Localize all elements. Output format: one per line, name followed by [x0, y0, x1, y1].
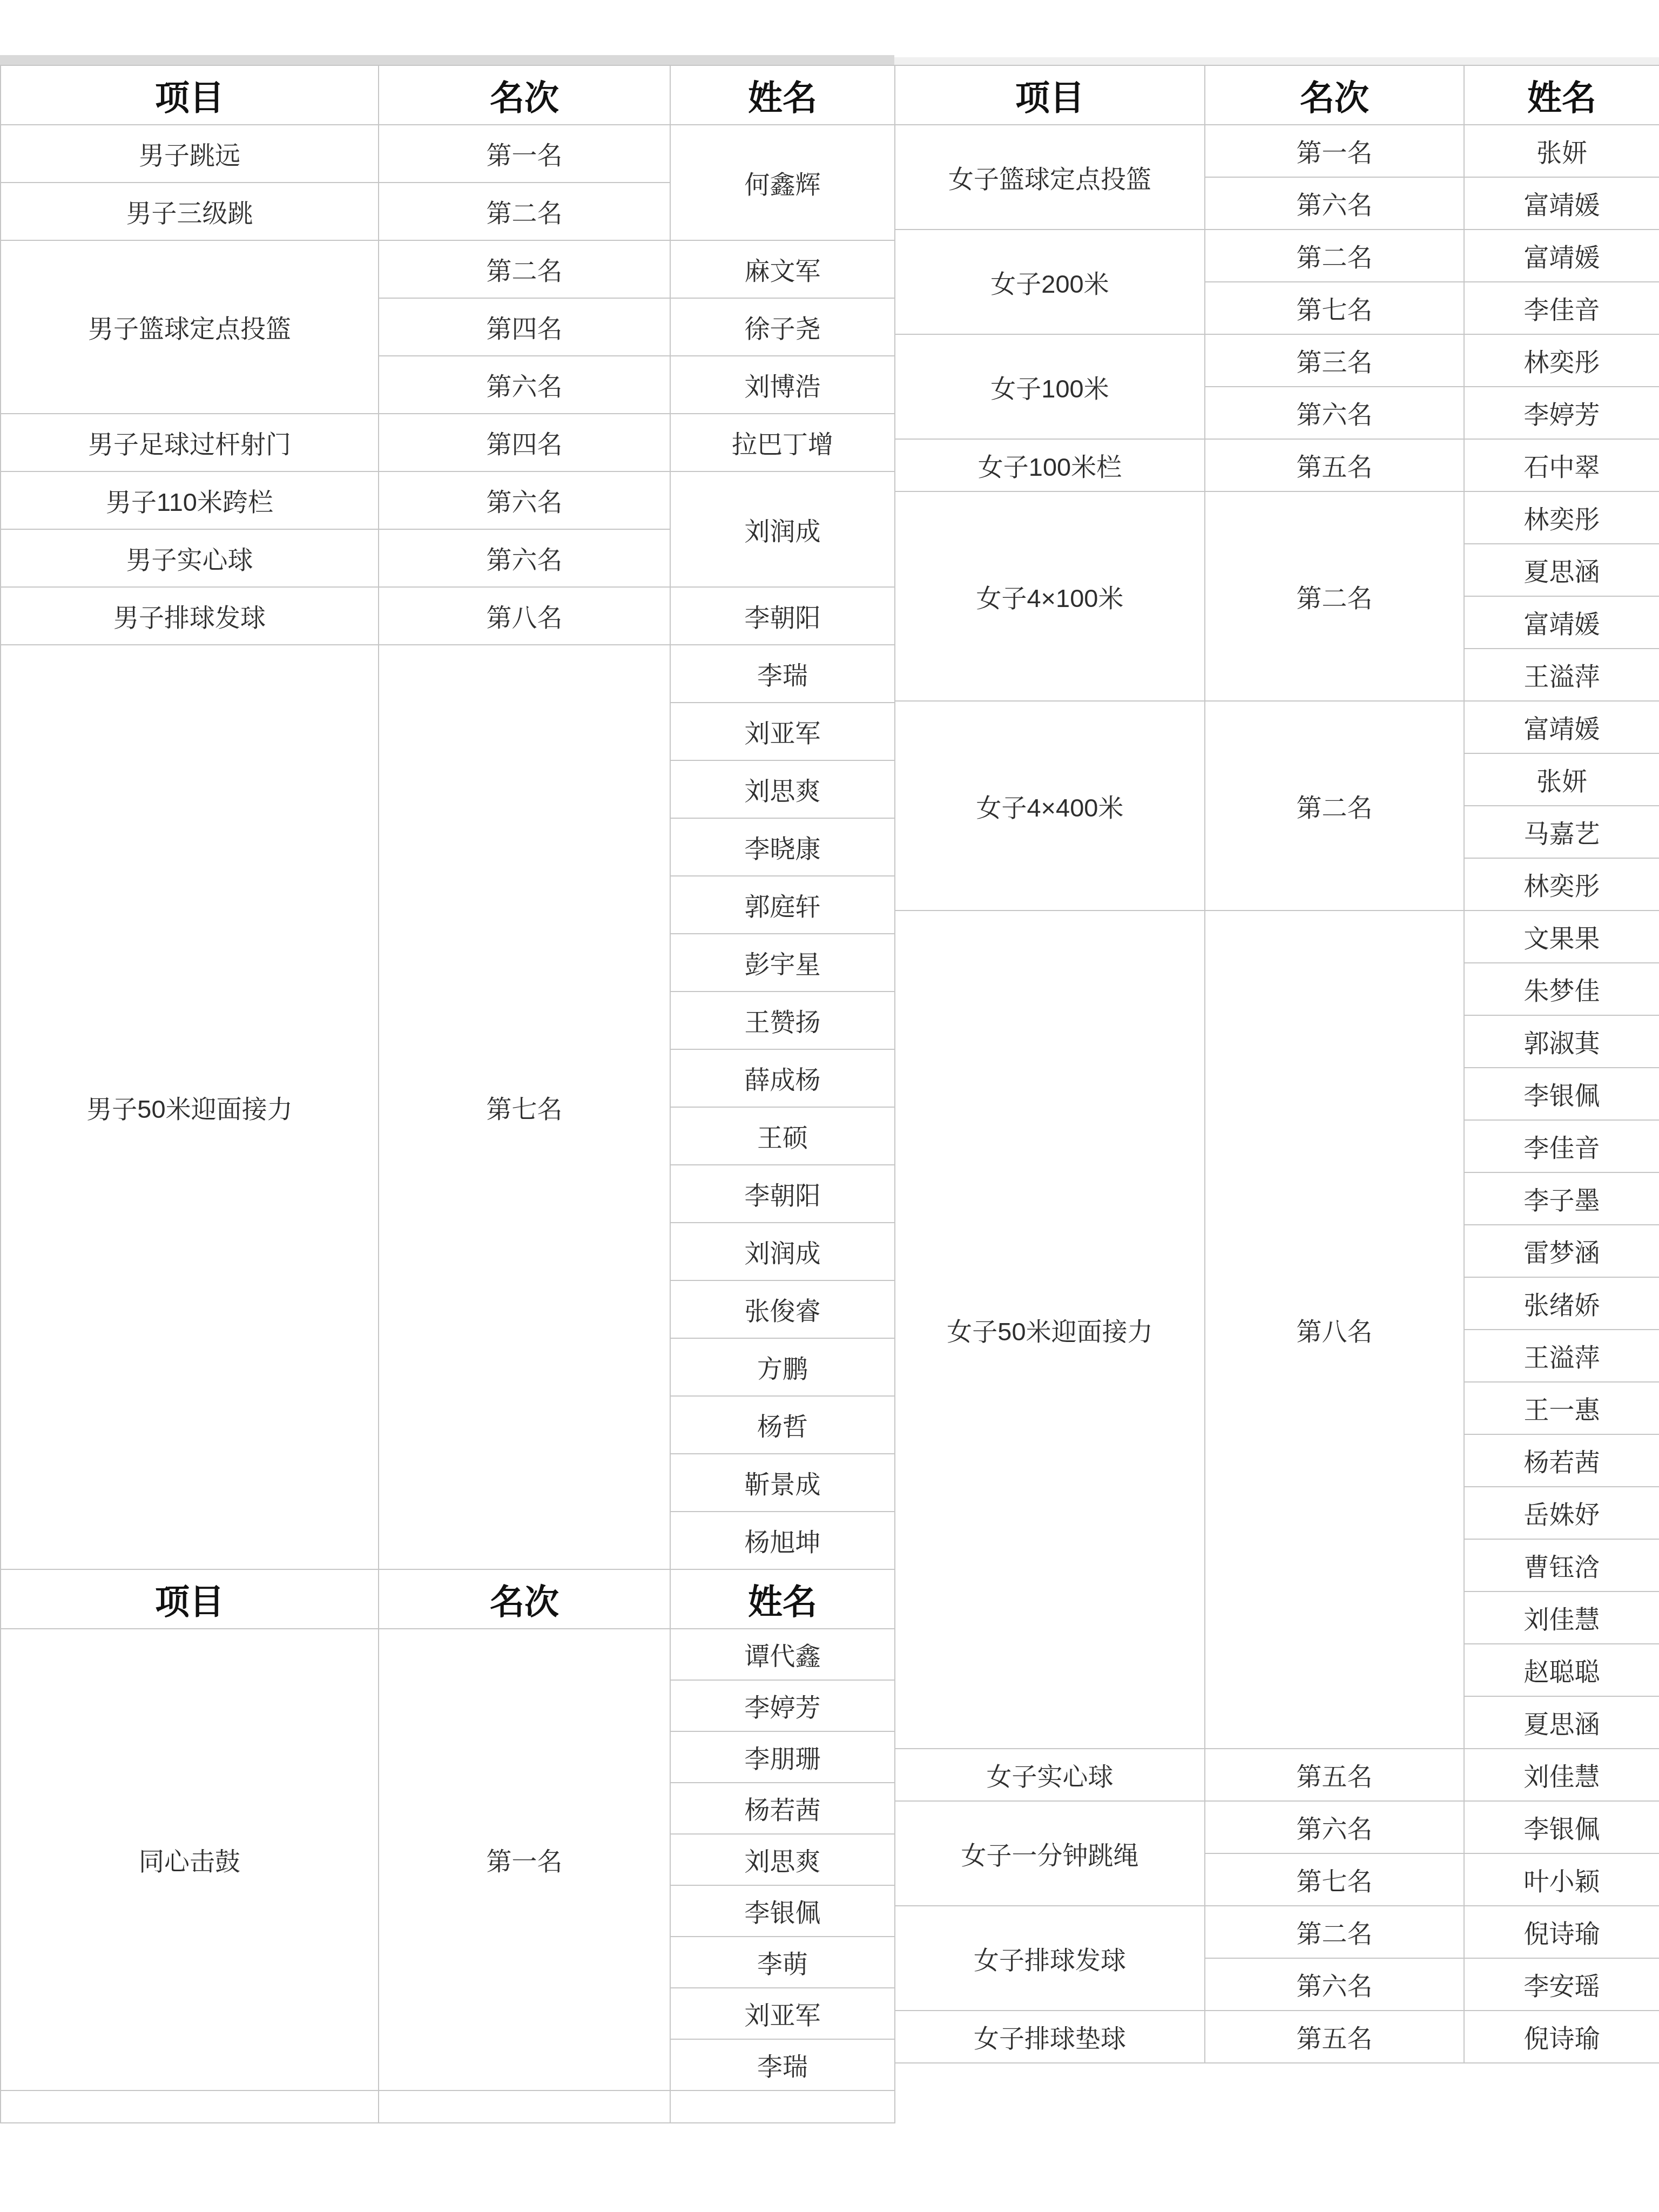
name-cell: 马嘉艺	[1464, 806, 1659, 858]
name-cell: 李银佩	[1464, 1801, 1659, 1853]
name-cell: 李银佩	[1464, 1068, 1659, 1120]
name-cell: 夏思涵	[1464, 544, 1659, 596]
name-cell: 李银佩	[670, 1885, 895, 1937]
name-cell: 杨若茜	[670, 1783, 895, 1834]
name-cell: 王溢萍	[1464, 1330, 1659, 1382]
name-cell: 王硕	[670, 1107, 895, 1165]
rank-cell: 第二名	[1205, 1906, 1464, 1958]
header-cell-rank: 名次	[379, 65, 670, 125]
event-cell: 女子实心球	[895, 1749, 1205, 1801]
name-cell: 李佳音	[1464, 282, 1659, 334]
name-cell: 刘思爽	[670, 760, 895, 818]
rank-cell: 第八名	[1205, 911, 1464, 1749]
empty-cell	[379, 2090, 670, 2123]
rank-cell: 第四名	[379, 298, 670, 356]
rank-cell: 第一名	[379, 125, 670, 183]
rank-cell: 第三名	[1205, 334, 1464, 387]
rank-cell: 第二名	[1205, 701, 1464, 911]
empty-cell	[1, 2090, 379, 2123]
header-cell-name: 姓名	[1464, 65, 1659, 125]
header-cell-name: 姓名	[670, 1569, 895, 1629]
event-cell: 女子篮球定点投篮	[895, 125, 1205, 230]
rank-cell: 第二名	[1205, 491, 1464, 701]
rank-cell: 第八名	[379, 587, 670, 645]
name-cell: 石中翠	[1464, 439, 1659, 491]
name-cell: 李瑞	[670, 645, 895, 703]
name-cell: 刘博浩	[670, 356, 895, 414]
rank-cell: 第六名	[379, 529, 670, 587]
header-cell-event: 项目	[1, 1569, 379, 1629]
name-cell: 郭淑萁	[1464, 1015, 1659, 1068]
header-cell-event: 项目	[895, 65, 1205, 125]
name-cell: 刘亚军	[670, 703, 895, 760]
rank-cell: 第一名	[1205, 125, 1464, 177]
name-cell: 夏思涵	[1464, 1696, 1659, 1749]
name-cell: 朱梦佳	[1464, 963, 1659, 1015]
name-cell: 林奕彤	[1464, 491, 1659, 544]
name-cell: 李佳音	[1464, 1120, 1659, 1172]
event-cell: 女子50米迎面接力	[895, 911, 1205, 1749]
rank-cell: 第六名	[1205, 387, 1464, 439]
name-cell: 富靖媛	[1464, 596, 1659, 649]
header-cell-event: 项目	[1, 65, 379, 125]
rank-cell: 第七名	[1205, 1853, 1464, 1906]
rank-cell: 第七名	[379, 645, 670, 1569]
name-cell: 刘思爽	[670, 1834, 895, 1885]
event-cell: 男子篮球定点投篮	[1, 240, 379, 414]
name-cell: 倪诗瑜	[1464, 2011, 1659, 2063]
name-cell: 倪诗瑜	[1464, 1906, 1659, 1958]
name-cell: 林奕彤	[1464, 334, 1659, 387]
name-cell: 李朝阳	[670, 587, 895, 645]
event-cell: 男子50米迎面接力	[1, 645, 379, 1569]
rank-cell: 第五名	[1205, 439, 1464, 491]
name-cell: 李婷芳	[670, 1680, 895, 1731]
name-cell: 李朋珊	[670, 1731, 895, 1783]
event-cell: 女子100米	[895, 334, 1205, 439]
event-cell: 女子一分钟跳绳	[895, 1801, 1205, 1906]
name-cell: 何鑫辉	[670, 125, 895, 240]
men-results-table: 项目名次姓名 男子跳远第一名何鑫辉 男子三级跳第二名 男子篮球定点投篮第二名麻文…	[0, 65, 895, 2123]
name-cell: 刘佳慧	[1464, 1749, 1659, 1801]
name-cell: 曹钰浛	[1464, 1539, 1659, 1591]
name-cell: 谭代鑫	[670, 1629, 895, 1680]
name-cell: 雷梦涵	[1464, 1225, 1659, 1277]
name-cell: 张妍	[1464, 125, 1659, 177]
name-cell: 徐子尧	[670, 298, 895, 356]
event-cell: 男子三级跳	[1, 183, 379, 240]
name-cell: 富靖媛	[1464, 230, 1659, 282]
rank-cell: 第五名	[1205, 2011, 1464, 2063]
rank-cell: 第二名	[379, 240, 670, 298]
name-cell: 李婷芳	[1464, 387, 1659, 439]
event-cell: 女子4×100米	[895, 491, 1205, 701]
name-cell: 麻文军	[670, 240, 895, 298]
name-cell: 王溢萍	[1464, 649, 1659, 701]
name-cell: 张绪娇	[1464, 1277, 1659, 1330]
name-cell: 郭庭轩	[670, 876, 895, 934]
name-cell: 叶小颖	[1464, 1853, 1659, 1906]
header-cell-rank: 名次	[379, 1569, 670, 1629]
name-cell: 彭宇星	[670, 934, 895, 992]
name-cell: 李子墨	[1464, 1172, 1659, 1225]
name-cell: 李朝阳	[670, 1165, 895, 1223]
name-cell: 张妍	[1464, 753, 1659, 806]
name-cell: 李萌	[670, 1937, 895, 1988]
rank-cell: 第六名	[1205, 1958, 1464, 2011]
name-cell: 张俊睿	[670, 1280, 895, 1338]
rank-cell: 第六名	[379, 356, 670, 414]
name-cell: 王一惠	[1464, 1382, 1659, 1434]
name-cell: 富靖媛	[1464, 177, 1659, 230]
name-cell: 靳景成	[670, 1454, 895, 1512]
rank-cell: 第四名	[379, 414, 670, 471]
rank-cell: 第二名	[379, 183, 670, 240]
name-cell: 李安瑶	[1464, 1958, 1659, 2011]
event-cell: 女子4×400米	[895, 701, 1205, 911]
name-cell: 拉巴丁增	[670, 414, 895, 471]
rank-cell: 第七名	[1205, 282, 1464, 334]
event-cell: 女子200米	[895, 230, 1205, 334]
name-cell: 李晓康	[670, 818, 895, 876]
header-cell-rank: 名次	[1205, 65, 1464, 125]
name-cell: 李瑞	[670, 2039, 895, 2090]
event-cell: 女子排球发球	[895, 1906, 1205, 2011]
name-cell: 薛成杨	[670, 1049, 895, 1107]
name-cell: 富靖媛	[1464, 701, 1659, 753]
page: { "colors": { "background": "#ffffff", "…	[0, 0, 1659, 2212]
name-cell: 刘润成	[670, 1223, 895, 1280]
name-cell: 赵聪聪	[1464, 1644, 1659, 1696]
rank-cell: 第二名	[1205, 230, 1464, 282]
event-cell: 男子排球发球	[1, 587, 379, 645]
name-cell: 杨旭坤	[670, 1512, 895, 1569]
name-cell: 王赞扬	[670, 992, 895, 1049]
header-cell-name: 姓名	[670, 65, 895, 125]
women-results-table: 项目名次姓名 女子篮球定点投篮第一名张妍 第六名富靖媛 女子200米第二名富靖媛…	[894, 65, 1659, 2063]
name-cell: 刘润成	[670, 471, 895, 587]
event-cell: 女子100米栏	[895, 439, 1205, 491]
name-cell: 方鹏	[670, 1338, 895, 1396]
rank-cell: 第六名	[379, 471, 670, 529]
event-cell: 男子跳远	[1, 125, 379, 183]
name-cell: 杨哲	[670, 1396, 895, 1454]
event-cell: 男子实心球	[1, 529, 379, 587]
top-strip-right	[894, 57, 1659, 65]
event-cell: 女子排球垫球	[895, 2011, 1205, 2063]
rank-cell: 第六名	[1205, 177, 1464, 230]
rank-cell: 第六名	[1205, 1801, 1464, 1853]
rank-cell: 第一名	[379, 1629, 670, 2090]
name-cell: 刘亚军	[670, 1988, 895, 2039]
rank-cell: 第五名	[1205, 1749, 1464, 1801]
event-cell: 同心击鼓	[1, 1629, 379, 2090]
event-cell: 男子足球过杆射门	[1, 414, 379, 471]
name-cell: 刘佳慧	[1464, 1591, 1659, 1644]
event-cell: 男子110米跨栏	[1, 471, 379, 529]
top-strip-left	[0, 55, 894, 65]
name-cell: 岳姝妤	[1464, 1487, 1659, 1539]
name-cell: 文果果	[1464, 911, 1659, 963]
name-cell: 林奕彤	[1464, 858, 1659, 911]
name-cell: 杨若茜	[1464, 1434, 1659, 1487]
empty-cell	[670, 2090, 895, 2123]
